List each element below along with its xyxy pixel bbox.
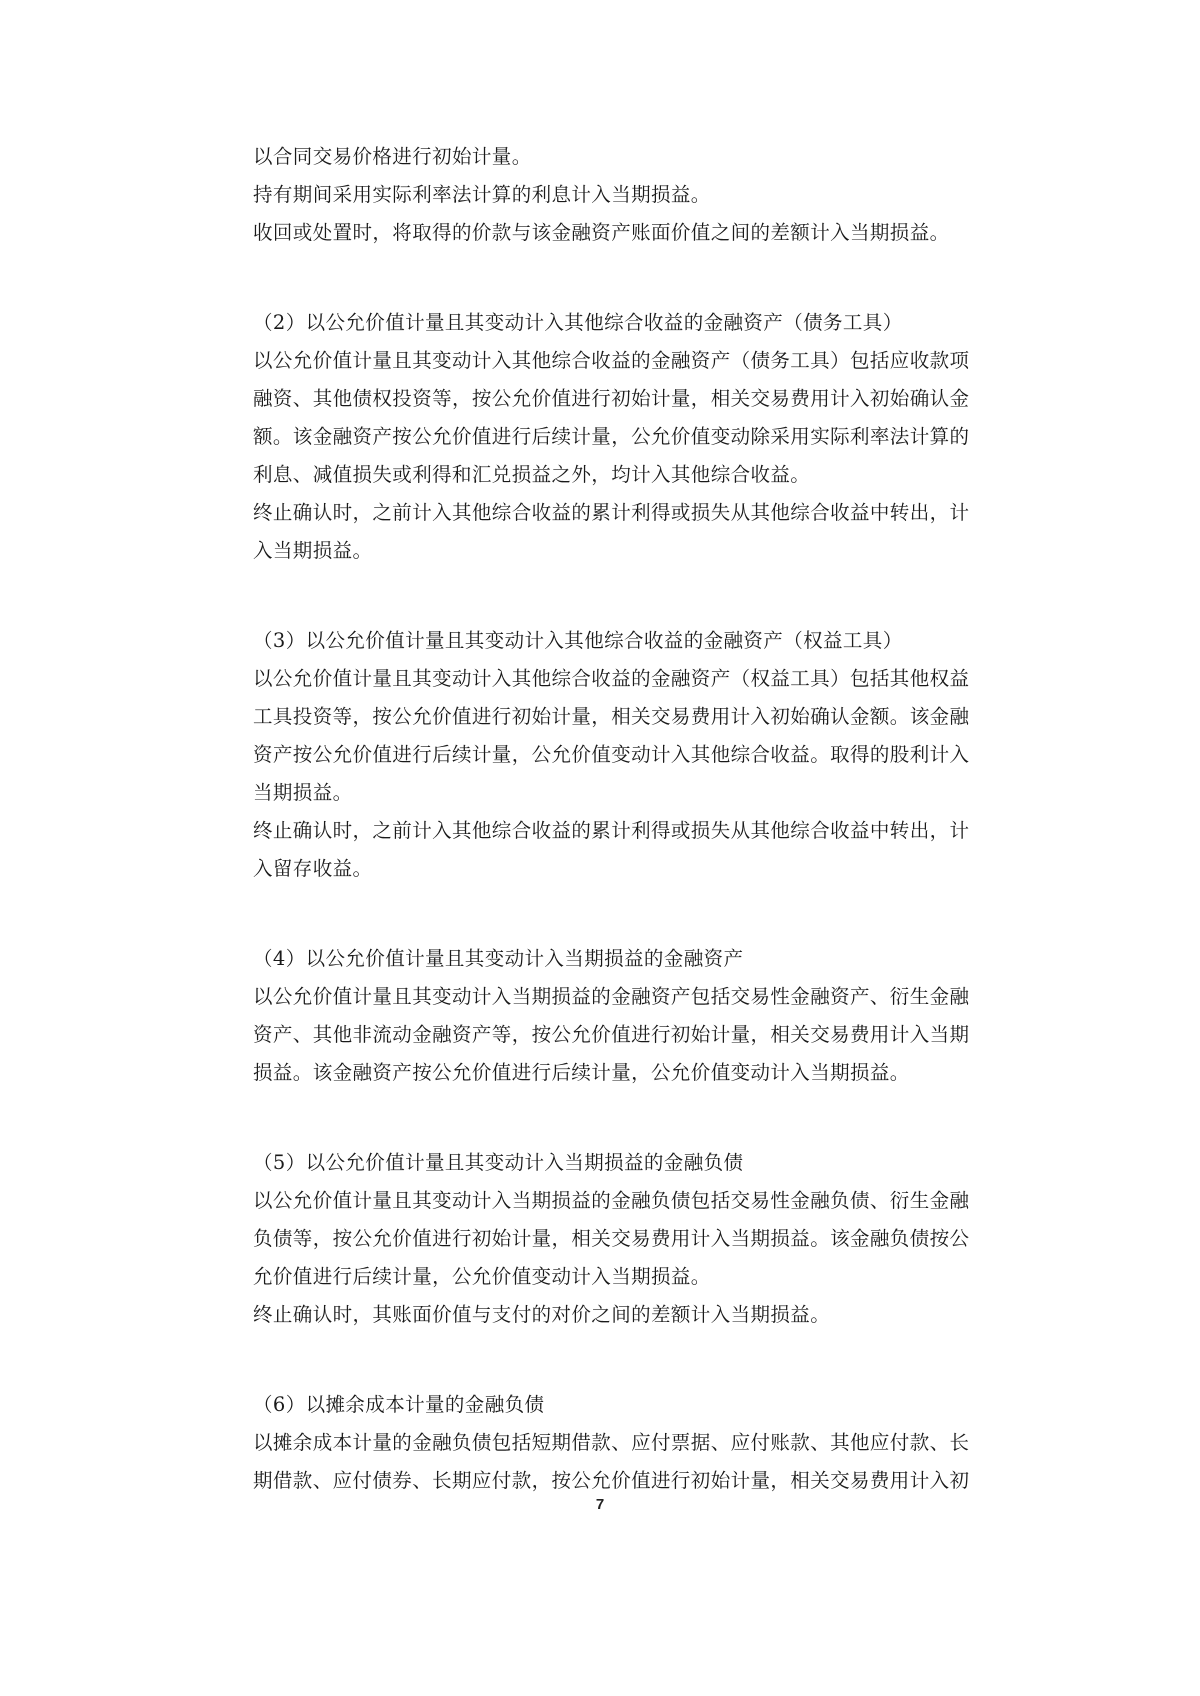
paragraph-line: 损益。该金融资产按公允价值进行后续计量，公允价值变动计入当期损益。 xyxy=(253,1054,910,1092)
paragraph-line: 以公允价值计量且其变动计入其他综合收益的金融资产（债务工具）包括应收款项 xyxy=(253,342,969,380)
paragraph-line: 额。该金融资产按公允价值进行后续计量，公允价值变动除采用实际利率法计算的 xyxy=(253,418,969,456)
paragraph-line: 融资、其他债权投资等，按公允价值进行初始计量，相关交易费用计入初始确认金 xyxy=(253,380,969,418)
paragraph-line: 以公允价值计量且其变动计入当期损益的金融负债包括交易性金融负债、衍生金融 xyxy=(253,1182,969,1220)
paragraph-line: 以摊余成本计量的金融负债包括短期借款、应付票据、应付账款、其他应付款、长 xyxy=(253,1424,969,1462)
paragraph-line: 资产按公允价值进行后续计量，公允价值变动计入其他综合收益。取得的股利计入 xyxy=(253,736,969,774)
paragraph-line: 资产、其他非流动金融资产等，按公允价值进行初始计量，相关交易费用计入当期 xyxy=(253,1016,969,1054)
paragraph-line: 当期损益。 xyxy=(253,774,353,812)
paragraph-line: 终止确认时，其账面价值与支付的对价之间的差额计入当期损益。 xyxy=(253,1296,830,1334)
paragraph-line: 期借款、应付债券、长期应付款，按公允价值进行初始计量，相关交易费用计入初 xyxy=(253,1462,969,1500)
paragraph-line: 入当期损益。 xyxy=(253,532,372,570)
section-heading: （5）以公允价值计量且其变动计入当期损益的金融负债 xyxy=(253,1144,743,1182)
section-heading: （2）以公允价值计量且其变动计入其他综合收益的金融资产（债务工具） xyxy=(253,304,903,342)
paragraph-line: 负债等，按公允价值进行初始计量，相关交易费用计入当期损益。该金融负债按公 xyxy=(253,1220,969,1258)
paragraph-line: 工具投资等，按公允价值进行初始计量，相关交易费用计入初始确认金额。该金融 xyxy=(253,698,969,736)
page-number: 7 xyxy=(0,1496,1200,1513)
paragraph-line: 终止确认时，之前计入其他综合收益的累计利得或损失从其他综合收益中转出，计 xyxy=(253,812,969,850)
section-heading: （6）以摊余成本计量的金融负债 xyxy=(253,1386,544,1424)
paragraph-line: 允价值进行后续计量，公允价值变动计入当期损益。 xyxy=(253,1258,711,1296)
paragraph-line: 以公允价值计量且其变动计入其他综合收益的金融资产（权益工具）包括其他权益 xyxy=(253,660,969,698)
paragraph-line: 终止确认时，之前计入其他综合收益的累计利得或损失从其他综合收益中转出，计 xyxy=(253,494,969,532)
paragraph-line: 持有期间采用实际利率法计算的利息计入当期损益。 xyxy=(253,176,711,214)
paragraph-line: 以合同交易价格进行初始计量。 xyxy=(253,138,532,176)
section-heading: （4）以公允价值计量且其变动计入当期损益的金融资产 xyxy=(253,940,743,978)
section-heading: （3）以公允价值计量且其变动计入其他综合收益的金融资产（权益工具） xyxy=(253,622,903,660)
document-page: 以合同交易价格进行初始计量。持有期间采用实际利率法计算的利息计入当期损益。收回或… xyxy=(0,0,1200,1696)
paragraph-line: 利息、减值损失或利得和汇兑损益之外，均计入其他综合收益。 xyxy=(253,456,810,494)
paragraph-line: 以公允价值计量且其变动计入当期损益的金融资产包括交易性金融资产、衍生金融 xyxy=(253,978,969,1016)
paragraph-line: 收回或处置时，将取得的价款与该金融资产账面价值之间的差额计入当期损益。 xyxy=(253,214,950,252)
paragraph-line: 入留存收益。 xyxy=(253,850,372,888)
